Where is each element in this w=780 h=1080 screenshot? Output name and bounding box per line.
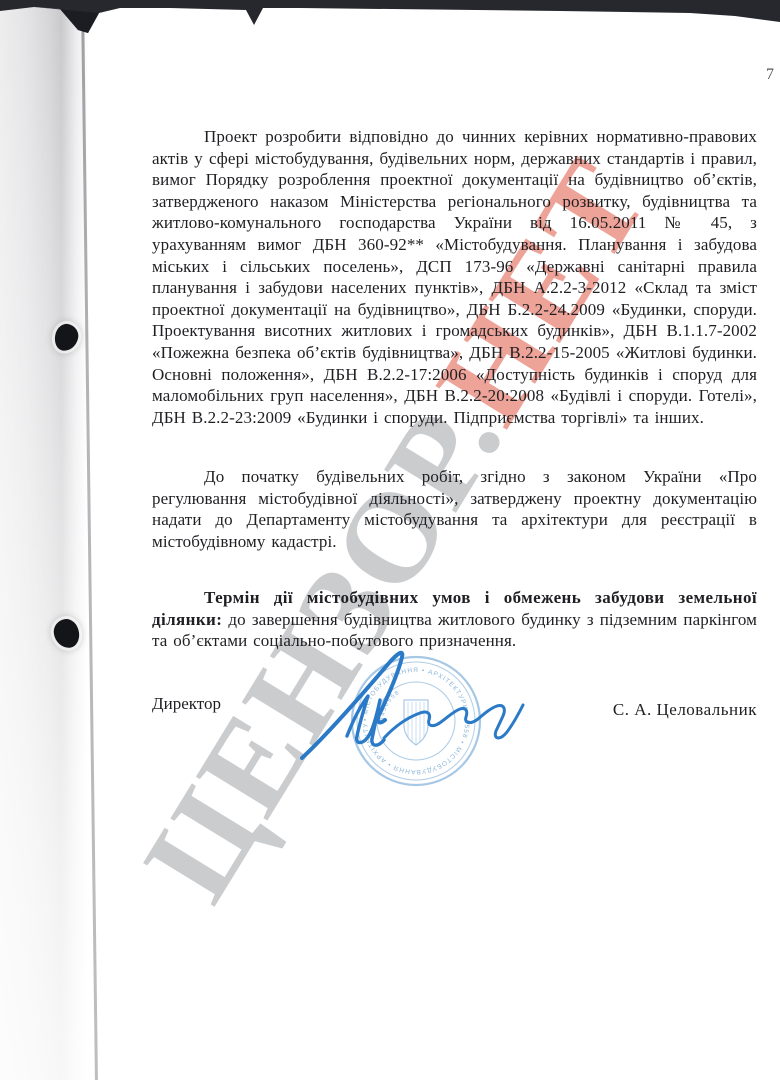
scanner-left-edge-fade [0, 0, 88, 1080]
paragraph-norms: Проект розробити відповідно до чинних ке… [152, 126, 757, 428]
hole-punch-top [52, 322, 80, 353]
page-number: 7 [766, 66, 774, 84]
signatory-name: С. А. Целовальник [613, 694, 757, 720]
scan-top-edge [0, 0, 780, 60]
scanner-left-edge [0, 0, 88, 1080]
signatory-role: Директор [152, 694, 221, 714]
page-fold-line [81, 0, 97, 1080]
paragraph-registration: До початку будівельних робіт, згідно з з… [152, 466, 757, 552]
handwritten-signature [292, 632, 532, 782]
hole-punch-bottom [52, 617, 81, 649]
